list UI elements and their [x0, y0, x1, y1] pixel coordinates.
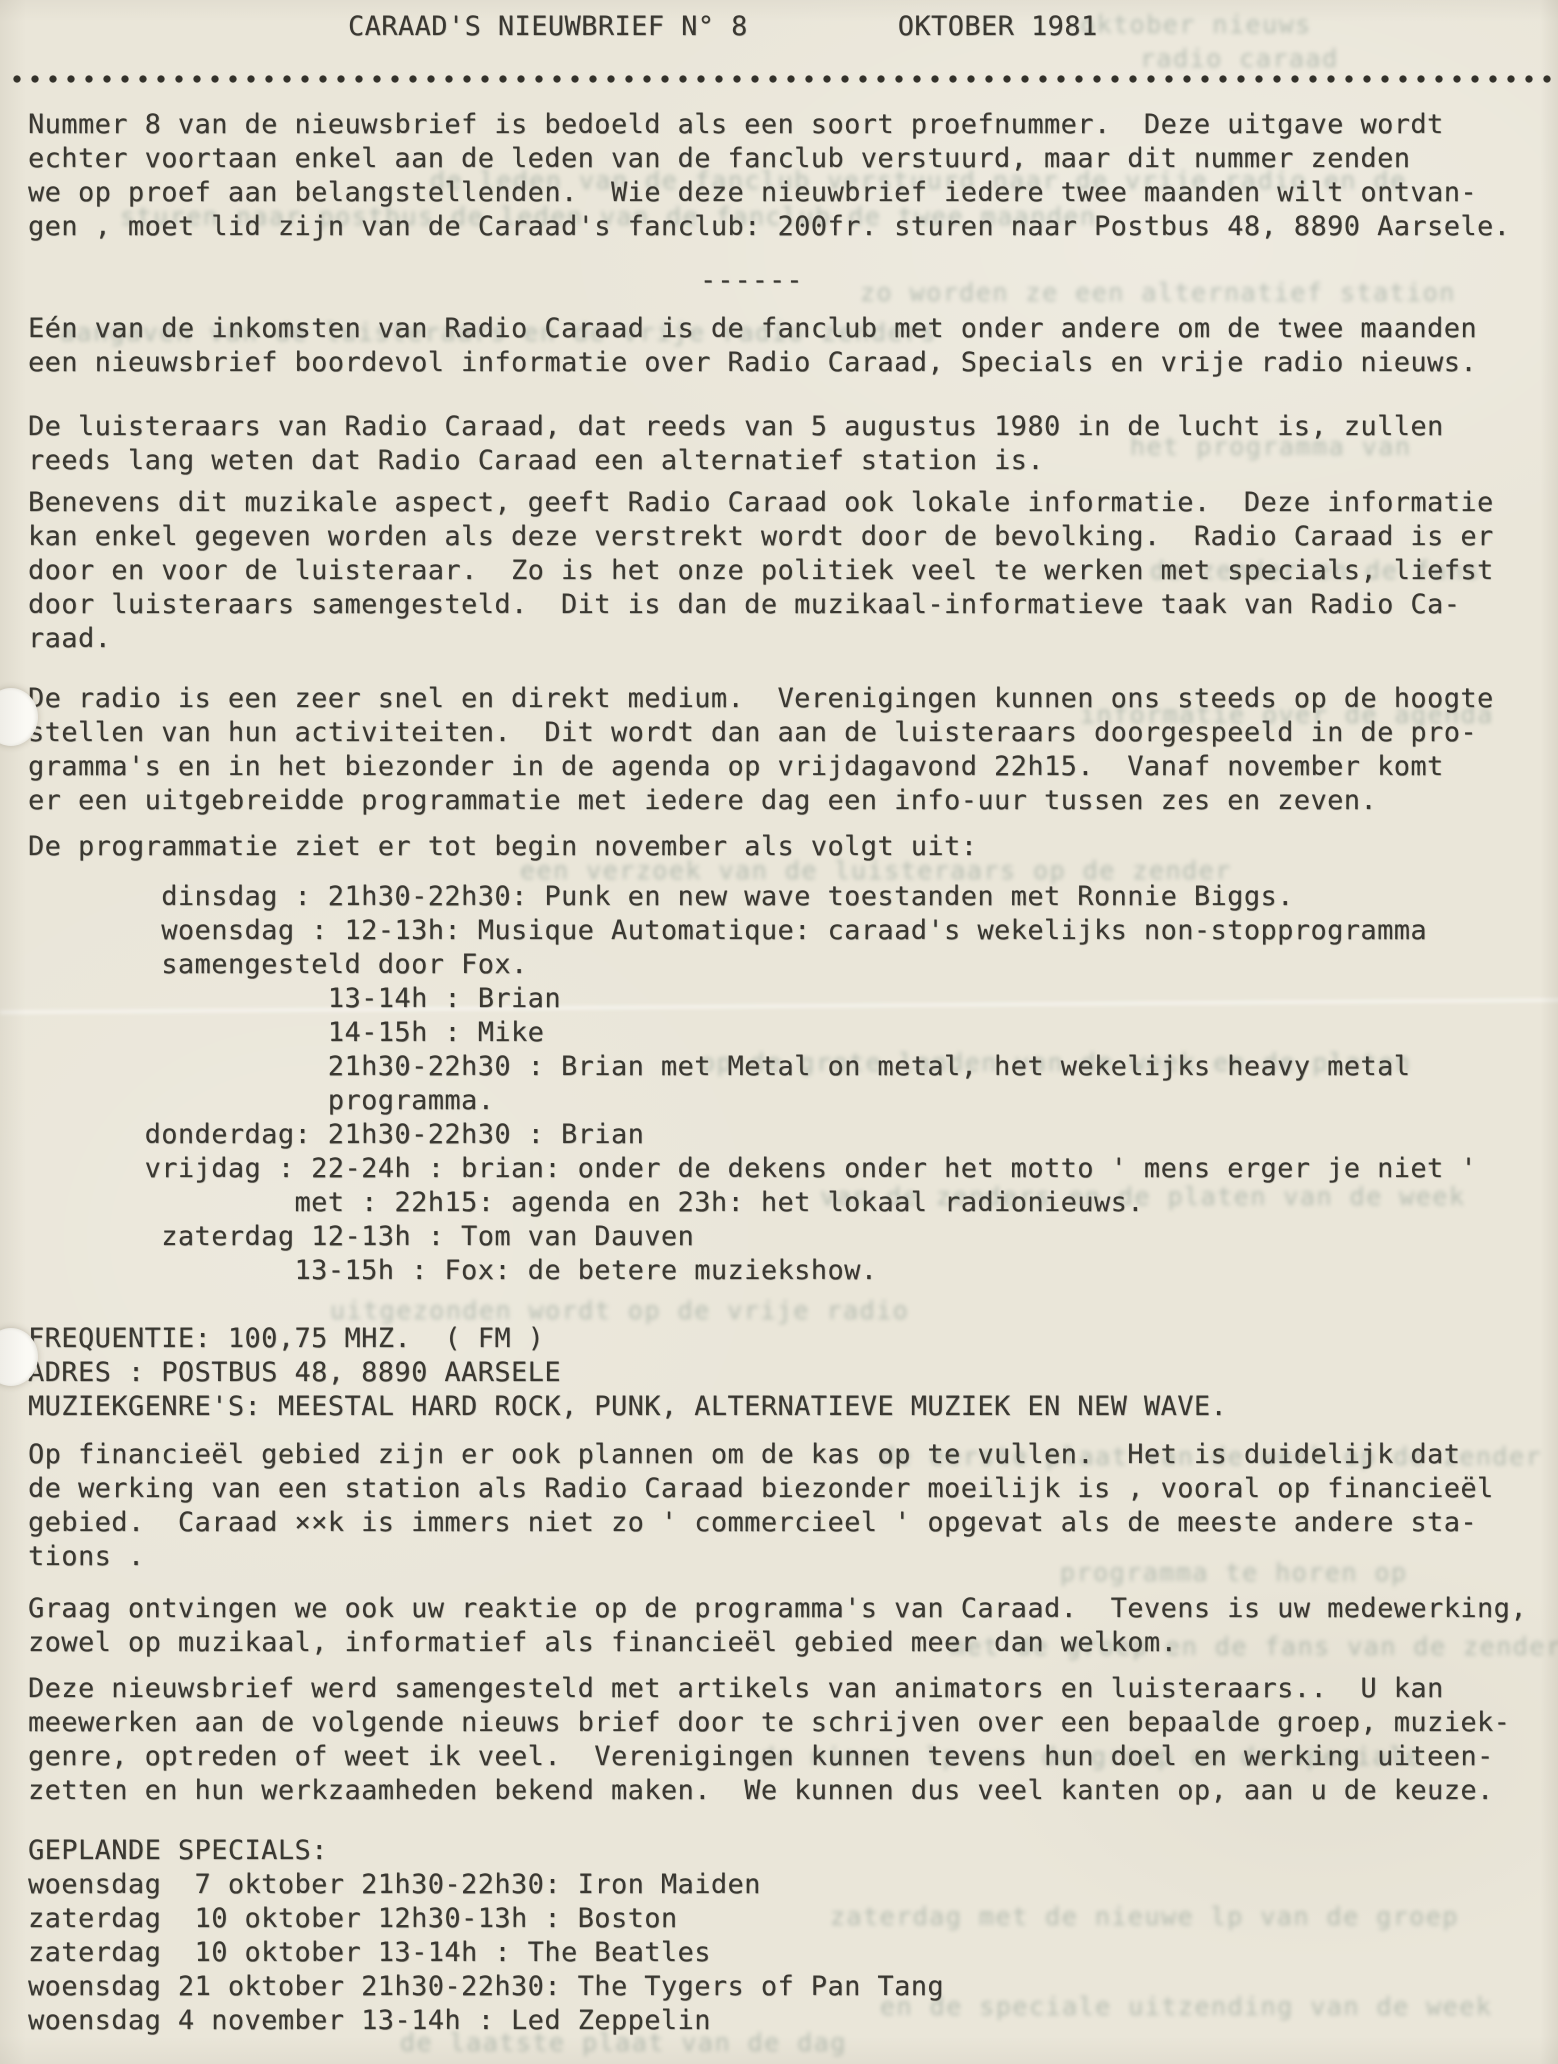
newsletter-title: CARAAD'S NIEUWBRIEF N° 8	[348, 11, 748, 42]
paragraph-proefnummer: Nummer 8 van de nieuwsbrief is bedoeld a…	[28, 108, 1558, 244]
newsletter-date: OKTOBER 1981	[898, 11, 1098, 42]
specials-list: woensdag 7 oktober 21h30-22h30: Iron Mai…	[28, 1868, 1558, 2038]
paragraph-reakties: Graag ontvingen we ook uw reaktie op de …	[28, 1592, 1558, 1660]
paragraph-meewerken: Deze nieuwsbrief werd samengesteld met a…	[28, 1672, 1558, 1808]
programmatie-intro: De programmatie ziet er tot begin novemb…	[28, 830, 1558, 864]
paragraph-fanclub: Eén van de inkomsten van Radio Caraad is…	[28, 312, 1558, 380]
newsletter-header: CARAAD'S NIEUWBRIEF N° 8OKTOBER 1981	[28, 10, 1558, 44]
typewritten-content: CARAAD'S NIEUWBRIEF N° 8OKTOBER 1981 Num…	[0, 0, 1558, 2038]
paragraph-financieel: Op financieël gebied zijn er ook plannen…	[28, 1438, 1558, 1574]
programme-schedule: dinsdag : 21h30-22h30: Punk en new wave …	[28, 880, 1558, 1288]
paragraph-luisteraars: De luisteraars van Radio Caraad, dat ree…	[28, 410, 1558, 478]
specials-heading: GEPLANDE SPECIALS:	[28, 1834, 1558, 1868]
paragraph-radio-medium: De radio is een zeer snel en direkt medi…	[28, 682, 1558, 818]
newsletter-page: oktober nieuwsradio caraadde leden van d…	[0, 0, 1558, 2064]
station-info: FREQUENTIE: 100,75 MHZ. ( FM ) ADRES : P…	[28, 1322, 1558, 1424]
dash-separator: ------	[28, 264, 1558, 298]
paragraph-lokale-informatie: Benevens dit muzikale aspect, geeft Radi…	[28, 486, 1558, 656]
dotted-separator	[8, 72, 1558, 86]
